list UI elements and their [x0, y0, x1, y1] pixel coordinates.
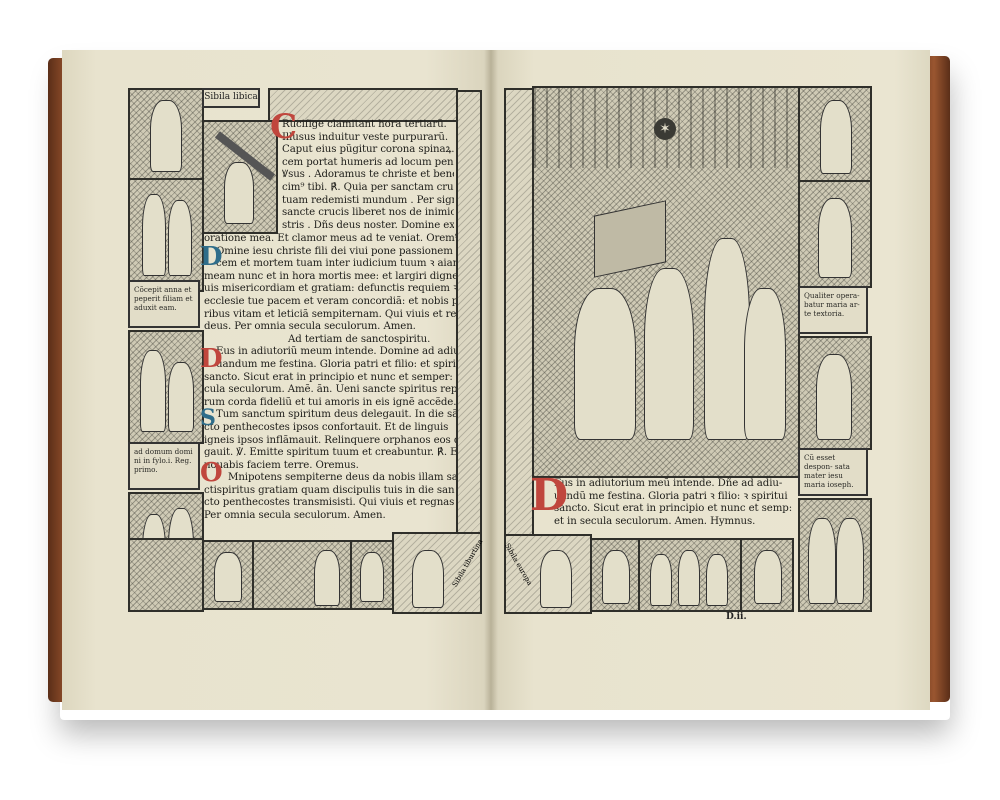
text-line: cto penthecostes ipsos confortauit. Et d…	[204, 422, 456, 435]
sibyl-woodcut-right	[798, 86, 872, 182]
virgin-mary-figure	[574, 288, 636, 440]
figure	[650, 554, 672, 606]
left-page: Cõcepit anna et peperit filiam et aduxit…	[62, 50, 490, 710]
sibyl-label: Sibila libica	[202, 88, 260, 108]
bottom-figure-woodcut-right	[590, 538, 640, 612]
figure	[360, 552, 384, 602]
text-line: Tum sanctum spiritum deus delegauit. In …	[204, 409, 456, 422]
text-line: et in secula seculorum. Amen. Hymnus.	[554, 516, 798, 529]
right-page: ✶ Qualiter opera- batur maria ar- te tex…	[490, 50, 930, 710]
figure	[142, 194, 166, 276]
sibyl-europa-woodcut: Sibila europa	[504, 534, 592, 614]
text-line: oratione mea. Et clamor meus ad te venia…	[204, 233, 456, 246]
scroll-label: Sibila tiburtina	[451, 538, 485, 588]
text-line: ecclesie tue pacem et veram concordiã: e…	[204, 296, 456, 309]
text-line: cem portat humeris ad locum penarum	[282, 157, 454, 170]
sibyl-figure	[150, 100, 182, 172]
figure	[168, 362, 194, 432]
initial-d-large-red: D	[530, 474, 568, 518]
rubric-heading: Ad tertiam de sanctospiritu.	[204, 334, 456, 347]
text-line: cula seculorum. Amẽ. ãn. Ueni sancte spi…	[204, 384, 456, 397]
vine-border-right	[456, 90, 482, 534]
bottom-figure-woodcut	[202, 540, 254, 610]
text-line: uandũ me festina. Gloria patri ꝛ filio: …	[554, 491, 798, 504]
figure	[816, 354, 852, 440]
figure	[140, 350, 166, 432]
star-icon: ✶	[654, 118, 676, 140]
text-line: Mnipotens sempiterne deus da nobis illam…	[204, 472, 456, 485]
text-line: Rucifige clamitant hora tertiarũ.	[282, 119, 454, 132]
text-line: Eus in adiutoriũ meum intende. Domine ad…	[204, 346, 456, 359]
sibyl-figure	[540, 550, 572, 608]
text-line: cim⁹ tibi. ℟. Quia per sanctam crucem	[282, 182, 454, 195]
text-line: sancte crucis liberet nos de inimicis no	[282, 207, 454, 220]
betrothal-woodcut	[798, 498, 872, 612]
vine-border-left	[504, 88, 534, 536]
text-line: deus. Per omnia secula seculorum. Amen.	[204, 321, 456, 334]
scroll-label: Sibila europa	[503, 542, 534, 587]
sibyl-woodcut	[128, 88, 204, 180]
caption-temple: ad domum domi ni in fylo.i. Reg. primo.	[128, 442, 200, 490]
text-column-right: Eus in adiutorium meũ intende. Dñe ad ad…	[554, 478, 798, 528]
initial-c-red: C	[270, 110, 297, 144]
adoration-of-magi-woodcut: ✶	[532, 86, 800, 478]
book-gutter	[484, 50, 498, 710]
text-line: meam nunc et in hora mortis mee: et larg…	[204, 271, 456, 284]
figure	[818, 198, 852, 278]
magus-kneeling-figure	[644, 268, 694, 440]
figure	[678, 550, 700, 606]
text-line: Caput eius pũgitur corona spinaꝝ. Cru	[282, 144, 454, 157]
text-line: sancto. Sicut erat in principio et nunc …	[554, 503, 798, 516]
figure	[808, 518, 836, 604]
text-line: stris . Dñs deus noster. Domine exaudi	[282, 220, 454, 233]
annunciation-woodcut	[798, 180, 872, 288]
saints-woodcut-left	[128, 178, 204, 292]
text-line: ctispiritus gratiam quam discipulis tuis…	[204, 485, 456, 498]
text-line: tuam redemisti mundum . Per signum	[282, 195, 454, 208]
sibyl-figure	[412, 550, 444, 608]
text-line: gauit. ℣. Emitte spiritum tuum et creabu…	[204, 447, 456, 460]
initial-c-blue: S	[200, 407, 216, 429]
figure	[168, 200, 192, 276]
text-line: cem et mortem tuam inter iudicium tuum ꝛ…	[204, 258, 456, 271]
text-line: Omine iesu christe fili dei viui pone pa…	[204, 246, 456, 259]
sibyl-figure	[820, 100, 852, 174]
text-line: igneis ipsos inflãmauit. Relinquere orph…	[204, 435, 456, 448]
figure	[214, 552, 242, 602]
text-column-main: oratione mea. Et clamor meus ad te venia…	[204, 233, 456, 523]
initial-o-red: O	[200, 460, 223, 486]
cross-bearing-woodcut	[202, 120, 278, 234]
text-line: Eus in adiutorium meũ intende. Dñe ad ad…	[554, 478, 798, 491]
text-line: cto penthecostes transmisisti. Qui viuis…	[204, 497, 456, 510]
mary-weaving-woodcut	[798, 336, 872, 450]
figure	[706, 554, 728, 606]
bottom-crowd-woodcut	[638, 538, 742, 612]
bottom-left-corner-woodcut	[128, 538, 204, 612]
text-line: nouabis faciem terre. Oremus.	[204, 460, 456, 473]
caption-weaving: Qualiter opera- batur maria ar- te texto…	[798, 286, 868, 334]
bottom-altar-woodcut	[252, 540, 352, 610]
text-line: ribus vitam et leticiã sempiternam. Qui …	[204, 309, 456, 322]
open-book: Cõcepit anna et peperit filiam et aduxit…	[0, 0, 1000, 800]
magus-young-figure	[744, 288, 786, 440]
figure	[314, 550, 340, 606]
birth-woodcut	[128, 330, 204, 444]
stable-roof	[594, 200, 666, 277]
initial-d-red: D	[200, 346, 223, 372]
sibyl-tiburtina-woodcut: Sibila tiburtina	[392, 532, 482, 614]
bottom-bishop-woodcut	[740, 538, 794, 612]
text-line: uandum me festina. Gloria patri et filio…	[204, 359, 456, 372]
figure	[602, 550, 630, 604]
figure	[836, 518, 864, 604]
text-line: uis misericordiam et gratiam: defunctis …	[204, 283, 456, 296]
caption-betrothal: Cũ esset despon- sata mater iesu maria i…	[798, 448, 868, 496]
caption-conception: Cõcepit anna et peperit filiam et aduxit…	[128, 280, 200, 328]
figure	[754, 550, 782, 604]
text-column-top: Rucifige clamitant hora tertiarũ. Illusu…	[282, 119, 454, 232]
text-line: Ꝟsus . Adoramus te christe et benedi =	[282, 169, 454, 182]
text-line: Per omnia secula seculorum. Amen.	[204, 510, 456, 523]
bottom-saint-woodcut	[350, 540, 394, 610]
text-line: Illusus induitur veste purpurarũ.	[282, 132, 454, 145]
signature-mark: D.ii.	[726, 612, 747, 622]
text-line: rum corda fideliũ et tui amoris in eis i…	[204, 397, 456, 410]
text-line: sancto. Sicut erat in principio et nunc …	[204, 372, 456, 385]
christ-figure	[224, 162, 254, 224]
initial-d-blue: D	[200, 244, 223, 270]
